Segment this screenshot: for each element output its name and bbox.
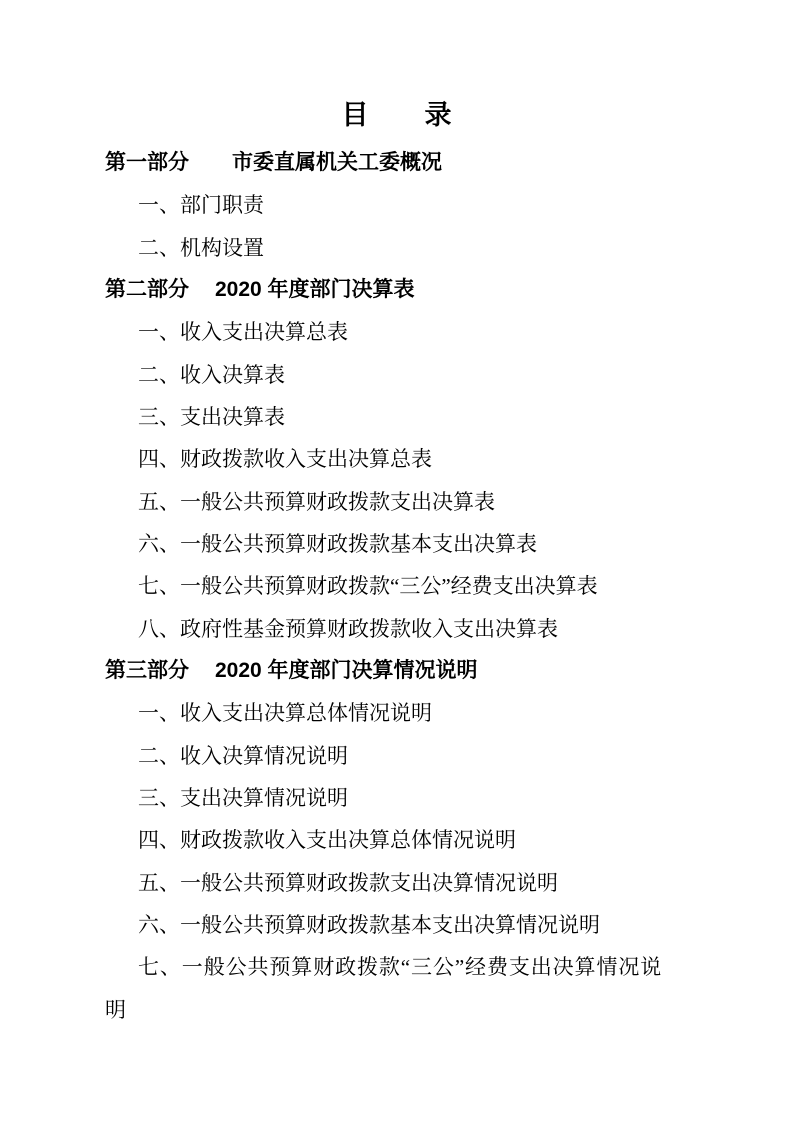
toc-entry-3-5: 五、一般公共预算财政拨款支出决算情况说明 (105, 862, 688, 904)
toc-title-char-1: 目 (342, 100, 369, 130)
toc-entry-2-1: 一、收入支出决算总表 (105, 311, 688, 353)
toc-entry-2-6: 六、一般公共预算财政拨款基本支出决算表 (105, 523, 688, 565)
part-3-title: 2020 年度部门决算情况说明 (215, 659, 478, 682)
toc-title: 目 录 (105, 100, 688, 130)
toc-entry-1-1: 一、部门职责 (105, 184, 688, 226)
toc-entry-2-4: 四、财政拨款收入支出决算总表 (105, 438, 688, 480)
toc-entry-1-2: 二、机构设置 (105, 227, 688, 269)
toc-entry-3-3: 三、支出决算情况说明 (105, 777, 688, 819)
part-2-label: 第二部分 (105, 278, 189, 301)
part-3-label: 第三部分 (105, 659, 189, 682)
toc-entry-2-2: 二、收入决算表 (105, 354, 688, 396)
part-2-heading: 第二部分2020 年度部门决算表 (105, 269, 688, 311)
toc-entry-2-5: 五、一般公共预算财政拨款支出决算表 (105, 481, 688, 523)
toc-entry-2-8: 八、政府性基金预算财政拨款收入支出决算表 (105, 608, 688, 650)
table-of-contents: 目 录 第一部分市委直属机关工委概况 一、部门职责 二、机构设置 第二部分202… (0, 0, 793, 1031)
part-2-title: 2020 年度部门决算表 (215, 278, 415, 301)
toc-entry-2-7: 七、一般公共预算财政拨款“三公”经费支出决算表 (105, 565, 688, 607)
part-1-title: 市委直属机关工委概况 (232, 151, 442, 174)
toc-entry-3-7: 七、一般公共预算财政拨款“三公”经费支出决算情况说 明 (105, 946, 688, 1031)
part-1-label: 第一部分 (105, 151, 189, 174)
part-3-heading: 第三部分2020 年度部门决算情况说明 (105, 650, 688, 692)
toc-entry-2-3: 三、支出决算表 (105, 396, 688, 438)
toc-entry-3-6: 六、一般公共预算财政拨款基本支出决算情况说明 (105, 904, 688, 946)
toc-title-char-2: 录 (425, 100, 452, 130)
part-1-heading: 第一部分市委直属机关工委概况 (105, 142, 688, 184)
toc-entry-3-1: 一、收入支出决算总体情况说明 (105, 692, 688, 734)
toc-entry-3-2: 二、收入决算情况说明 (105, 735, 688, 777)
document-page: 目 录 第一部分市委直属机关工委概况 一、部门职责 二、机构设置 第二部分202… (0, 0, 793, 1122)
toc-entry-3-4: 四、财政拨款收入支出决算总体情况说明 (105, 819, 688, 861)
